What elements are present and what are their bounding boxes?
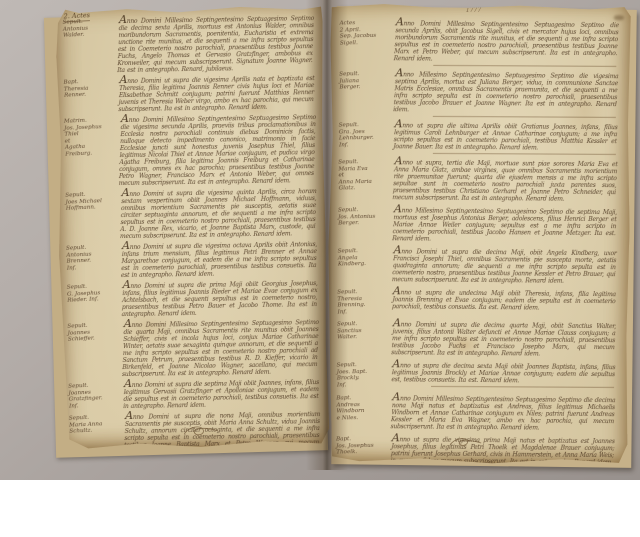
entry-body-text: Anno Domini Millesimo Septingentesimo Se… — [393, 19, 619, 67]
entry-margin-label: Sepult. Jos. Antonius Berger. — [338, 206, 393, 228]
entry-body-text: Anno Domini Millesimo Septingentesimo Se… — [122, 318, 319, 378]
register-entry: Sepult. Antonius Brenner. Inf. Anno Domi… — [66, 240, 317, 280]
entry-margin-label: Sepult. Maria Anna Schultz. — [69, 412, 125, 435]
register-entry: Sepult. Joannes Gratzfinger. Inf. Anno D… — [68, 378, 318, 411]
register-entry: Matrim. Jos. Josephus Thiel et Agatha Fr… — [64, 113, 315, 188]
entry-body-text: Anno ut supra die undecima Maji obiit Th… — [392, 288, 616, 312]
entry-margin-label: Bapt. Theresia Renner. — [63, 76, 119, 99]
entry-body-text: Anno Domini Millesimo Septingentesimo Se… — [390, 394, 615, 432]
entry-body-text: Anno Millesimo Septingentesimo Septuages… — [392, 206, 617, 244]
entry-body-text: Anno Millesimo Septingentesimo Septuages… — [393, 70, 619, 118]
entry-body-text: Anno ut supra, tertia die Maji, mortuae … — [392, 158, 618, 203]
entry-margin-label: Sepult. Juliana Berger. — [339, 70, 394, 92]
register-entry: Sepult. Joannes Schieffer. Anno Domini M… — [67, 318, 318, 379]
entry-body-text: Anno Domini ut supra die prima Maji obii… — [121, 279, 317, 318]
register-entry: Sepult. Angela Kindberg. Anno Domini ut … — [338, 247, 616, 285]
entry-margin-label: Sepult. G. Josephus Rieder. Inf. — [67, 281, 123, 304]
register-entry: Actes 2 April. Sep. Jacobus Sigell. Anno… — [339, 19, 617, 67]
entry-body-text: Anno Domini ut supra die decima quarta M… — [391, 321, 616, 359]
register-entry: Sepult. Theresia Brenning. Inf. Anno ut … — [337, 288, 615, 318]
register-entry: Sepult. Antonius Walder. Anno Domini Mil… — [63, 14, 314, 75]
register-entry: Sepult. Maria Eva et Anna Maria Glatz. A… — [338, 158, 616, 203]
entry-body-text: Anno Domini ut supra die septima Maji ob… — [123, 378, 319, 410]
ink-flourish — [448, 436, 484, 450]
entry-body-text: Anno Domini ut supra die vigesima octava… — [121, 240, 317, 279]
faded-page-number — [614, 15, 624, 20]
photo-background: 2. Actes Sepult. Antonius Walder. Anno D… — [0, 0, 640, 480]
entry-margin-label: Sepult. Joannes Gratzfinger. Inf. — [68, 380, 124, 410]
left-page-entries: Sepult. Antonius Walder. Anno Domini Mil… — [63, 14, 320, 467]
entry-body-text: Anno ut supra die ultima Aprilis obiit G… — [393, 121, 618, 155]
register-entry: Sepult. G. Josephus Rieder. Inf. Anno Do… — [67, 279, 318, 319]
entry-body-text: Anno Domini Millesimo Septingentesimo Se… — [119, 113, 317, 187]
register-entry: Sepult. Joes. Bapt. Brockly. Inf. Anno u… — [337, 361, 615, 391]
entry-margin-label: Sepult. Angela Kindberg. — [338, 247, 393, 269]
entry-body-text: Anno Domini ut supra die decima Maji, ob… — [392, 247, 617, 285]
ink-flourish — [181, 424, 221, 441]
register-section-header: 2. Actes — [63, 11, 90, 22]
entry-margin-label: Actes 2 April. Sep. Jacobus Sigell. — [340, 19, 395, 47]
entry-margin-label: Bapt. Jos. Josephus Thoelk. — [336, 434, 391, 456]
entry-margin-label: Sepult. Antonius Brenner. Inf. — [66, 242, 122, 272]
manuscript-right-page: 1777 Actes 2 April. Sep. Jacobus Sigell.… — [326, 3, 632, 466]
entry-body-text: Anno ut supra die decima sexta Maji obii… — [391, 362, 616, 389]
entry-margin-label: Matrim. Jos. Josephus Thiel et Agatha Fr… — [64, 115, 121, 158]
register-entry: Sepult. Gra. Joes Lehnburger. Inf. Anno … — [339, 121, 617, 155]
register-entry: Bapt. Theresia Renner. Anno Domini ut su… — [64, 74, 315, 114]
entry-margin-label: Bapt. Magdalena Gratzfinger. — [336, 468, 391, 480]
entry-margin-label: Sepult. Joes. Bapt. Brockly. Inf. — [337, 361, 392, 389]
entry-margin-label: Sepult. Joes Michael Hoffmann. — [65, 189, 121, 212]
entry-margin-label: Sepult. Gra. Joes Lehnburger. Inf. — [339, 121, 394, 149]
entry-margin-label: Sepult. Sanctius Walter. — [337, 320, 392, 342]
manuscript-left-page: 2. Actes Sepult. Antonius Walder. Anno D… — [55, 4, 330, 450]
register-entry: Sepult. Jos. Antonius Berger. Anno Mille… — [338, 206, 616, 244]
entry-body-text: Anno Domini ut supra die vigesima Aprili… — [118, 74, 314, 113]
entry-margin-label: Sepult. Maria Eva et Anna Maria Glatz. — [338, 158, 394, 193]
register-entry: Bapt. Andreas Windborn e Niles. Anno Dom… — [336, 394, 614, 432]
register-entry: Sepult. Juliana Berger. Anno Millesimo S… — [339, 70, 617, 118]
register-entry: Sepult. Sanctius Walter. Anno Domini ut … — [337, 320, 615, 358]
entry-margin-label: Sepult. Joannes Schieffer. — [67, 320, 123, 343]
register-entry: Bapt. Magdalena Gratzfinger. Anno Domini… — [336, 469, 614, 480]
entry-body-text: Anno Domini ut supra die vigesima quarta… — [390, 469, 615, 480]
entry-body-text: Anno Domini ut supra die nona Maji, omni… — [123, 410, 320, 466]
register-entry: Sepult. Joes Michael Hoffmann. Anno Domi… — [65, 187, 316, 241]
entry-body-text: Anno Domini Millesimo Septingentesimo Se… — [117, 14, 314, 74]
entry-margin-label: Bapt. Andreas Windborn e Niles. — [336, 393, 391, 421]
entry-body-text: Anno Domini ut supra die vigesima quinta… — [120, 187, 317, 240]
entry-margin-label: Sepult. Theresia Brenning. Inf. — [337, 288, 392, 316]
right-page-entries: Actes 2 April. Sep. Jacobus Sigell. Anno… — [335, 19, 617, 480]
